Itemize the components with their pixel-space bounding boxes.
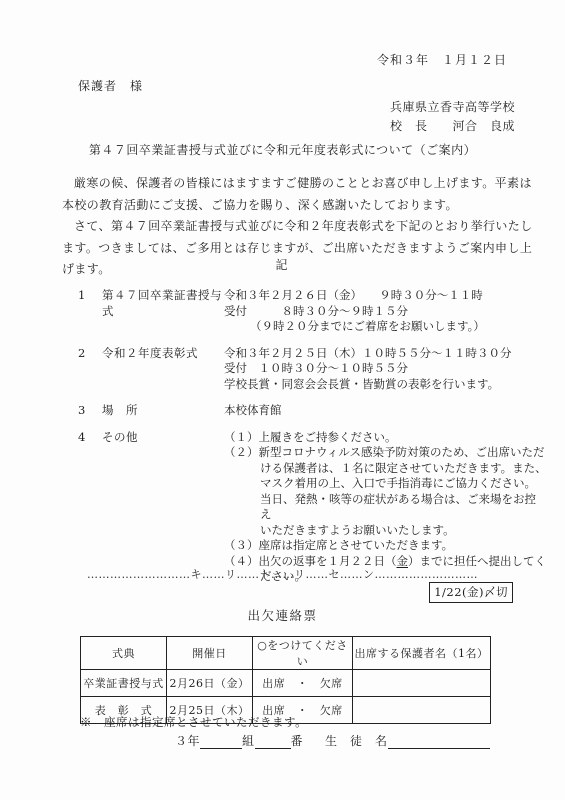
deadline-box: 1/22(金)〆切 bbox=[429, 582, 513, 603]
sub-line: （２）新型コロナウィルス感染予防対策のため、ご出席いただ bbox=[224, 445, 547, 461]
detail-line: （９時２０分までにご着席をお願いします。） bbox=[224, 319, 547, 335]
student-name-blank bbox=[388, 734, 490, 749]
detail-line: 受付 ８時３０分～９時１５分 bbox=[224, 304, 547, 320]
sub-item-2: （２）新型コロナウィルス感染予防対策のため、ご出席いただ ける保護者は、１名に限… bbox=[224, 445, 547, 538]
item-ceremony: 1 第４７回卒業証書授与式 令和３年２月２６日（金） ９時３０分～１１時 受付 … bbox=[78, 288, 547, 335]
reply-table: 式典 開催日 ○をつけてください 出席する保護者名（1名） 卒業証書授与式 2月… bbox=[80, 636, 491, 724]
recipient: 保護者 様 bbox=[78, 77, 143, 94]
record-heading: 記 bbox=[0, 256, 565, 273]
seat-note: ※ 座席は指定席とさせていただきます。 bbox=[80, 714, 307, 730]
item-other: 4 その他 （１）上履きをご持参ください。 （２）新型コロナウィルス感染予防対策… bbox=[78, 430, 547, 585]
sub-item-1: （１）上履きをご持参ください。 bbox=[224, 430, 547, 446]
cell-guardian-blank bbox=[353, 670, 491, 697]
item-number: 3 bbox=[78, 403, 102, 419]
reply-slip-heading: 出欠連絡票 bbox=[0, 606, 565, 624]
header-guardian: 出席する保護者名（1名） bbox=[353, 637, 491, 670]
item-label: その他 bbox=[102, 430, 224, 585]
sender-principal: 校 長 河合 良成 bbox=[390, 117, 515, 136]
letter-page: 令和３年 １月１２日 保護者 様 兵庫県立香寺高等学校 校 長 河合 良成 第４… bbox=[0, 0, 565, 800]
cell-attendance: 出席 ・ 欠席 bbox=[253, 670, 353, 697]
number-label: 番 bbox=[291, 732, 304, 749]
sender-school: 兵庫県立香寺高等学校 bbox=[390, 98, 515, 117]
table-row: 卒業証書授与式 2月26日（金） 出席 ・ 欠席 bbox=[81, 670, 491, 697]
greeting-paragraph: 厳寒の候、保護者の皆様にはますますご健勝のこととお喜び申し上げます。平素は本校の… bbox=[62, 173, 539, 216]
item-number: 2 bbox=[78, 346, 102, 393]
item-detail: 令和３年２月２５日（木）１０時５５分～１１時３０分 受付 １０時３０分～１０時５… bbox=[224, 346, 547, 393]
sender-block: 兵庫県立香寺高等学校 校 長 河合 良成 bbox=[390, 98, 515, 135]
detail-line: 令和３年２月２６日（金） ９時３０分～１１時 bbox=[224, 288, 547, 304]
document-title: 第４７回卒業証書授与式並びに令和元年度表彰式について（ご案内） bbox=[0, 141, 565, 158]
item-award-ceremony: 2 令和２年度表彰式 令和３年２月２５日（木）１０時５５分～１１時３０分 受付 … bbox=[78, 346, 547, 393]
class-label: 組 bbox=[242, 732, 255, 749]
cut-here-dotted-line: ………………………キ……リ……ト……リ……セ……ン……………………… bbox=[0, 566, 565, 582]
class-blank bbox=[200, 734, 242, 749]
header-attendance: ○をつけてください bbox=[253, 637, 353, 670]
sub-line: 当日、発熱・咳等の症状がある場合は、ご来場をお控え bbox=[224, 492, 547, 523]
item-label: 場 所 bbox=[102, 403, 224, 419]
item-place: 3 場 所 本校体育館 bbox=[78, 403, 547, 419]
detail-line: 学校長賞・同窓会会長賞・皆勤賞の表彰を行います。 bbox=[224, 377, 547, 393]
number-blank bbox=[255, 734, 291, 749]
cell-guardian-blank bbox=[353, 697, 491, 724]
detail-line: 受付 １０時３０分～１０時５５分 bbox=[224, 361, 547, 377]
record-items: 1 第４７回卒業証書授与式 令和３年２月２６日（金） ９時３０分～１１時 受付 … bbox=[78, 288, 547, 585]
header-ceremony: 式典 bbox=[81, 637, 167, 670]
sub-item-3: （３）座席は指定席とさせていただきます。 bbox=[224, 538, 547, 554]
sub-line: ける保護者は、１名に限定させていただきます。また、 bbox=[224, 461, 547, 477]
cell-ceremony: 卒業証書授与式 bbox=[81, 670, 167, 697]
item-detail: 令和３年２月２６日（金） ９時３０分～１１時 受付 ８時３０分～９時１５分 （９… bbox=[224, 288, 547, 335]
item-number: 4 bbox=[78, 430, 102, 585]
table-header-row: 式典 開催日 ○をつけてください 出席する保護者名（1名） bbox=[81, 637, 491, 670]
item-detail: 本校体育館 bbox=[224, 403, 547, 419]
item-number: 1 bbox=[78, 288, 102, 335]
header-date: 開催日 bbox=[167, 637, 253, 670]
letter-date: 令和３年 １月１２日 bbox=[377, 51, 507, 68]
student-info-line: ３年組番生 徒 名 bbox=[175, 732, 490, 749]
item-label: 令和２年度表彰式 bbox=[102, 346, 224, 393]
item-label: 第４７回卒業証書授与式 bbox=[102, 288, 224, 335]
cell-date: 2月26日（金） bbox=[167, 670, 253, 697]
detail-line: 令和３年２月２５日（木）１０時５５分～１１時３０分 bbox=[224, 346, 547, 362]
student-name-label: 生 徒 名 bbox=[325, 732, 388, 749]
sub-line: いただきますようお願いいたします。 bbox=[224, 523, 547, 539]
sub-line: マスク着用の上、入口で手指消毒にご協力ください。 bbox=[224, 476, 547, 492]
item-detail: （１）上履きをご持参ください。 （２）新型コロナウィルス感染予防対策のため、ご出… bbox=[224, 430, 547, 585]
grade-label: ３年 bbox=[175, 732, 200, 749]
